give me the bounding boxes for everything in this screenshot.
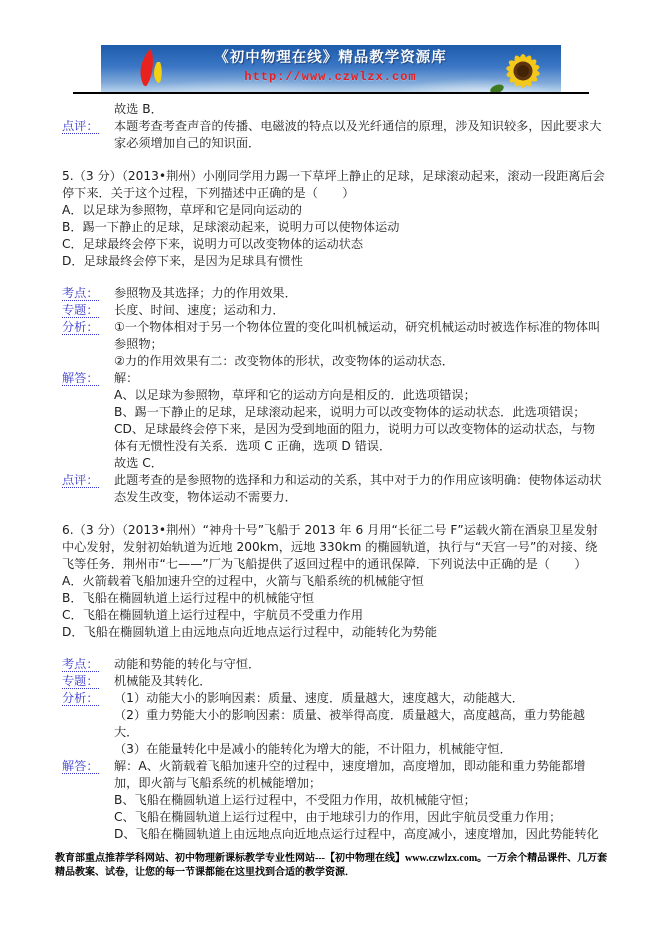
- document-body: 故选 B．点评：本题考查考查声音的传播、电磁波的特点以及光纤通信的原理，涉及知识…: [62, 101, 607, 843]
- qa-content: 此题考查的是参照物的选择和力和运动的关系，其中对于力的作用应该明确：使物体运动状…: [114, 472, 607, 506]
- qa-content: 本题考查考查声音的传播、电磁波的特点以及光纤通信的原理，涉及知识较多，因此要求大…: [114, 118, 607, 152]
- qa-label: 点评：: [62, 118, 114, 135]
- qa-label-text: 考点：: [62, 286, 99, 301]
- qa-content: 解：A、以足球为参照物，草坪和它的运动方向是相反的．此选项错误；B、踢一下静止的…: [114, 370, 607, 472]
- qa-line: 长度、时间、速度；运动和力．: [114, 302, 607, 319]
- question-option: B．飞船在椭圆轨道上运行过程中的机械能守恒: [62, 590, 607, 607]
- qa-content: 动能和势能的转化与守恒．: [114, 656, 607, 673]
- qa-row: 专题：长度、时间、速度；运动和力．: [62, 302, 607, 319]
- qa-row: 专题：机械能及其转化．: [62, 673, 607, 690]
- banner-text-block: 《初中物理在线》精品教学资源库 http://www.czwlzx.com: [181, 47, 481, 85]
- qa-label: 专题：: [62, 302, 114, 319]
- qa-line: B、踢一下静止的足球，足球滚动起来，说明力可以改变物体的运动状态．此选项错误；: [114, 404, 607, 421]
- page-footer: 教育部重点推荐学科网站、初中物理新课标教学专业性网站---【初中物理在线】www…: [55, 852, 611, 879]
- qa-label: 解答：: [62, 758, 114, 775]
- qa-label: 考点：: [62, 285, 114, 302]
- qa-label-text: 专题：: [62, 303, 99, 318]
- qa-label: 考点：: [62, 656, 114, 673]
- qa-row: 点评：本题考查考查声音的传播、电磁波的特点以及光纤通信的原理，涉及知识较多，因此…: [62, 118, 607, 152]
- question-option: A．以足球为参照物，草坪和它是同向运动的: [62, 202, 607, 219]
- banner-url-link[interactable]: http://www.czwlzx.com: [181, 69, 481, 85]
- qa-line: ①一个物体相对于另一个物体位置的变化叫机械运动，研究机械运动时被选作标准的物体叫…: [114, 319, 607, 353]
- banner-title: 《初中物理在线》精品教学资源库: [181, 47, 481, 69]
- header-banner: 《初中物理在线》精品教学资源库 http://www.czwlzx.com: [101, 45, 561, 92]
- qa-label-text: 考点：: [62, 657, 99, 672]
- qa-line: 动能和势能的转化与守恒．: [114, 656, 607, 673]
- qa-label-text: 解答：: [62, 759, 99, 774]
- qa-line: 参照物及其选择；力的作用效果．: [114, 285, 607, 302]
- question-option: D．飞船在椭圆轨道上由远地点向近地点运行过程中，动能转化为势能: [62, 624, 607, 641]
- qa-line: ②力的作用效果有二：改变物体的形状，改变物体的运动状态．: [114, 353, 607, 370]
- qa-label: 专题：: [62, 673, 114, 690]
- question-stem: 5.（3 分）（2013•荆州）小刚同学用力踢一下草坪上静止的足球，足球滚动起来…: [62, 168, 607, 202]
- qa-line: （2）重力势能大小的影响因素：质量、被举得高度．质量越大，高度越高，重力势能越大…: [114, 707, 607, 741]
- qa-label: 分析：: [62, 690, 114, 707]
- question-option: C．飞船在椭圆轨道上运行过程中，宇航员不受重力作用: [62, 607, 607, 624]
- qa-label: 解答：: [62, 370, 114, 387]
- qa-line: 解：A、火箭载着飞船加速升空的过程中，速度增加，高度增加，即动能和重力势能都增加…: [114, 758, 607, 792]
- qa-line: C、飞船在椭圆轨道上运行过程中，由于地球引力的作用，因此宇航员受重力作用；: [114, 809, 607, 826]
- question-option: C．足球最终会停下来，说明力可以改变物体的运动状态: [62, 236, 607, 253]
- qa-content: ①一个物体相对于另一个物体位置的变化叫机械运动，研究机械运动时被选作标准的物体叫…: [114, 319, 607, 370]
- physics-online-logo-icon: [129, 48, 173, 90]
- answer-line: 故选 B．: [114, 101, 607, 118]
- qa-row: 解答：解：A、以足球为参照物，草坪和它的运动方向是相反的．此选项错误；B、踢一下…: [62, 370, 607, 472]
- question-stem: 6.（3 分）（2013•荆州）“神舟十号”飞船于 2013 年 6 月用“长征…: [62, 522, 607, 573]
- header-divider: [73, 92, 589, 94]
- qa-row: 考点：参照物及其选择；力的作用效果．: [62, 285, 607, 302]
- qa-row: 分析：①一个物体相对于另一个物体位置的变化叫机械运动，研究机械运动时被选作标准的…: [62, 319, 607, 370]
- qa-label-text: 解答：: [62, 371, 99, 386]
- qa-label: 分析：: [62, 319, 114, 336]
- qa-content: 机械能及其转化．: [114, 673, 607, 690]
- qa-group: 考点：动能和势能的转化与守恒．专题：机械能及其转化．分析：（1）动能大小的影响因…: [62, 656, 607, 843]
- qa-content: （1）动能大小的影响因素：质量、速度．质量越大，速度越大，动能越大．（2）重力势…: [114, 690, 607, 758]
- qa-label-text: 点评：: [62, 473, 99, 488]
- qa-content: 长度、时间、速度；运动和力．: [114, 302, 607, 319]
- qa-line: A、以足球为参照物，草坪和它的运动方向是相反的．此选项错误；: [114, 387, 607, 404]
- qa-content: 解：A、火箭载着飞船加速升空的过程中，速度增加，高度增加，即动能和重力势能都增加…: [114, 758, 607, 843]
- qa-line: 解：: [114, 370, 607, 387]
- question-option: D．足球最终会停下来，是因为足球具有惯性: [62, 253, 607, 270]
- qa-line: 故选 C．: [114, 455, 607, 472]
- question-option: A．火箭载着飞船加速升空的过程中，火箭与飞船系统的机械能守恒: [62, 573, 607, 590]
- qa-row: 考点：动能和势能的转化与守恒．: [62, 656, 607, 673]
- qa-line: 本题考查考查声音的传播、电磁波的特点以及光纤通信的原理，涉及知识较多，因此要求大…: [114, 118, 607, 152]
- sunflower-icon: [487, 49, 553, 92]
- question-block: 6.（3 分）（2013•荆州）“神舟十号”飞船于 2013 年 6 月用“长征…: [62, 522, 607, 843]
- qa-line: （1）动能大小的影响因素：质量、速度．质量越大，速度越大，动能越大．: [114, 690, 607, 707]
- qa-row: 点评：此题考查的是参照物的选择和力和运动的关系，其中对于力的作用应该明确：使物体…: [62, 472, 607, 506]
- qa-line: CD、足球最终会停下来，是因为受到地面的阻力，说明力可以改变物体的运动状态，与物…: [114, 421, 607, 455]
- qa-row: 解答：解：A、火箭载着飞船加速升空的过程中，速度增加，高度增加，即动能和重力势能…: [62, 758, 607, 843]
- question-block: 5.（3 分）（2013•荆州）小刚同学用力踢一下草坪上静止的足球，足球滚动起来…: [62, 168, 607, 506]
- qa-label-text: 分析：: [62, 320, 99, 335]
- qa-content: 参照物及其选择；力的作用效果．: [114, 285, 607, 302]
- qa-line: 此题考查的是参照物的选择和力和运动的关系，其中对于力的作用应该明确：使物体运动状…: [114, 472, 607, 506]
- qa-line: 机械能及其转化．: [114, 673, 607, 690]
- qa-label-text: 专题：: [62, 674, 99, 689]
- qa-line: B、飞船在椭圆轨道上运行过程中，不受阻力作用，故机械能守恒；: [114, 792, 607, 809]
- qa-group: 考点：参照物及其选择；力的作用效果．专题：长度、时间、速度；运动和力．分析：①一…: [62, 285, 607, 506]
- qa-row: 分析：（1）动能大小的影响因素：质量、速度．质量越大，速度越大，动能越大．（2）…: [62, 690, 607, 758]
- qa-line: D、飞船在椭圆轨道上由远地点向近地点运行过程中，高度减小，速度增加，因此势能转化: [114, 826, 607, 843]
- question-option: B．踢一下静止的足球，足球滚动起来，说明力可以使物体运动: [62, 219, 607, 236]
- qa-line: （3）在能量转化中是减小的能转化为增大的能，不计阻力，机械能守恒．: [114, 741, 607, 758]
- qa-label-text: 分析：: [62, 691, 99, 706]
- qa-label: 点评：: [62, 472, 114, 489]
- qa-label-text: 点评：: [62, 119, 99, 134]
